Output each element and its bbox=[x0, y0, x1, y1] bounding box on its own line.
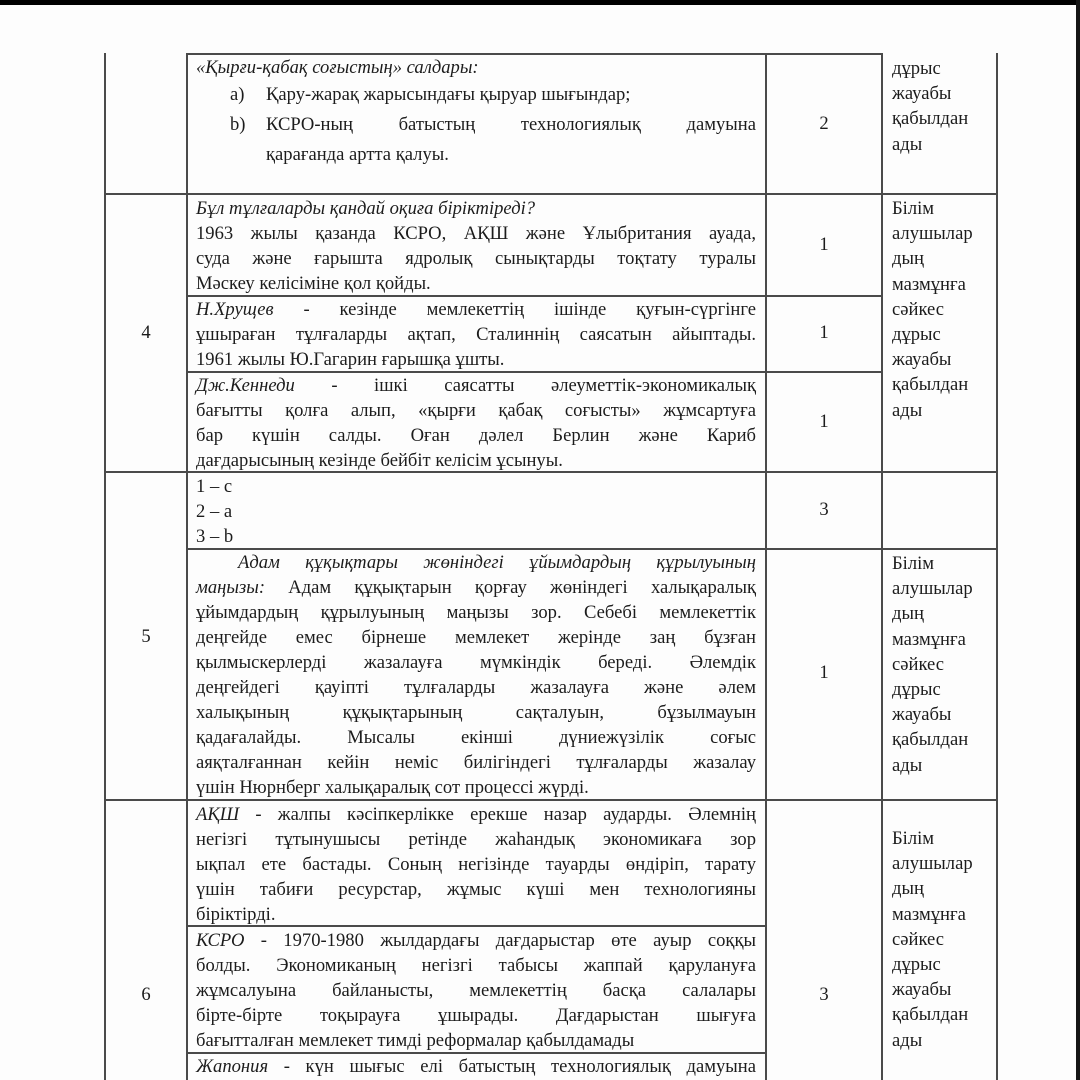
score: 1 bbox=[767, 234, 881, 256]
answer-text: Жапония - күн шығыс елі батыстың техноло… bbox=[196, 1054, 756, 1079]
table-border-left bbox=[104, 53, 106, 1080]
score: 1 bbox=[767, 411, 881, 433]
list-item: a)Қару-жарақ жарысындағы қыруар шығындар… bbox=[230, 82, 630, 107]
criteria: Білімалушылардыңмазмұнғасәйкесдұрысжауаб… bbox=[892, 551, 996, 778]
row-border bbox=[104, 193, 998, 195]
question-number: 4 bbox=[106, 322, 186, 344]
score: 3 bbox=[767, 984, 881, 1006]
screen-right-edge bbox=[1076, 0, 1080, 1080]
score: 1 bbox=[767, 322, 881, 344]
answer-text: Бұл тұлғаларды қандай оқиға біріктіреді?… bbox=[196, 196, 756, 296]
list-item-continuation: қарағанда артта қалуы. bbox=[266, 142, 449, 167]
question-number: 6 bbox=[106, 984, 186, 1006]
score: 1 bbox=[767, 662, 881, 684]
screen-top-edge bbox=[0, 0, 1080, 5]
question-number: 5 bbox=[106, 626, 186, 648]
table-border-right bbox=[996, 53, 998, 1080]
list-item: b) КСРО-ның батыстың технологиялық дамуы… bbox=[230, 112, 756, 137]
answer-text: Адам құқықтары жөніндегі ұйымдардың құры… bbox=[196, 550, 756, 800]
answer-text: КСРО - 1970-1980 жылдардағы дағдарыстар … bbox=[196, 928, 756, 1053]
question-heading: «Қырғи-қабақ соғыстың» салдары: bbox=[196, 55, 479, 80]
column-divider-score bbox=[881, 53, 883, 1080]
score: 3 bbox=[767, 499, 881, 521]
answer-text: Дж.Кеннеди - ішкі саясатты әлеуметтік-эк… bbox=[196, 373, 756, 473]
answer-text: АҚШ - жалпы кәсіпкерлікке ерекше назар а… bbox=[196, 802, 756, 927]
answer-text: 1 – c 2 – a 3 – b bbox=[196, 474, 756, 549]
criteria: Білімалушылардыңмазмұнғасәйкесдұрысжауаб… bbox=[892, 826, 996, 1053]
criteria: Білімалушылардыңмазмұнғасәйкесдұрысжауаб… bbox=[892, 196, 996, 423]
criteria: дұрысжауабықабылданады bbox=[892, 56, 996, 157]
answer-text: Н.Хрущев - кезінде мемлекеттің ішінде қу… bbox=[196, 297, 756, 372]
score: 2 bbox=[767, 113, 881, 135]
